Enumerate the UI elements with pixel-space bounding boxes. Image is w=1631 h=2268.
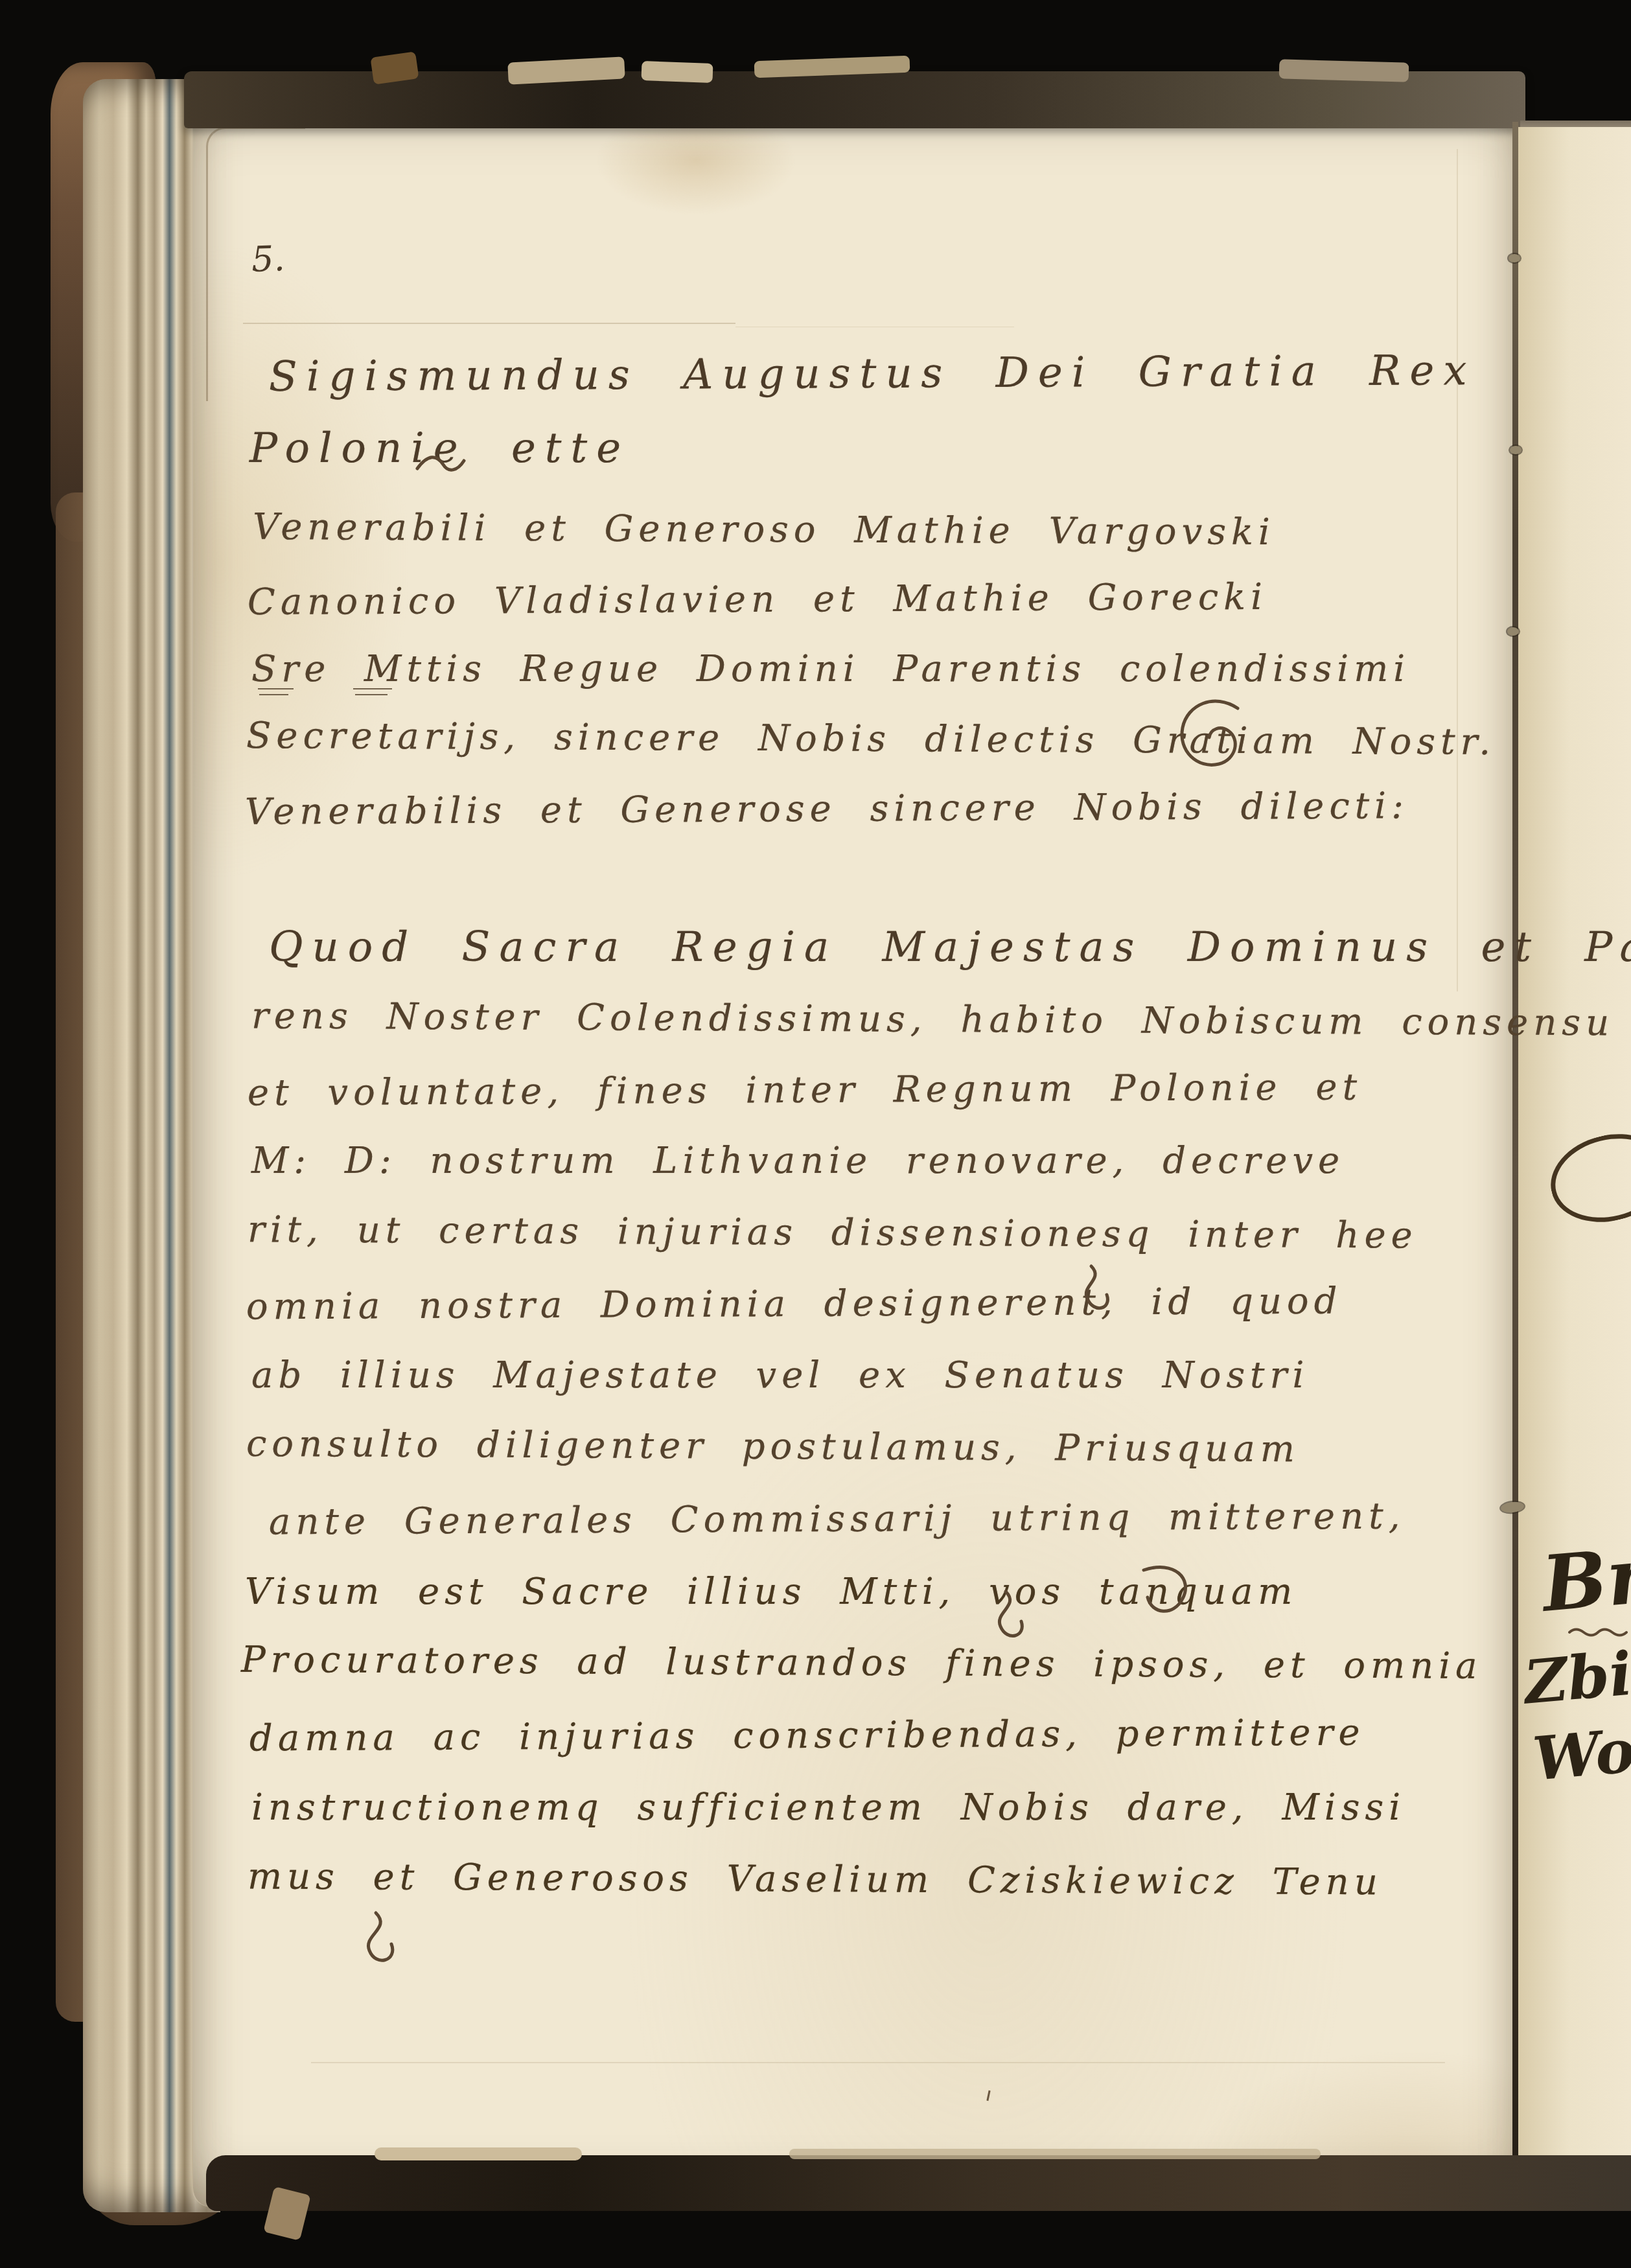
next-page-word-fragment: Br [1538,1530,1631,1629]
page-number: 5. [251,238,286,280]
manuscript-text-block: Sigismundus Augustus Dei Gratia Rex Polo… [0,0,1631,2268]
ink-flourish-wave [1568,1625,1628,1638]
manuscript-line: instructionemq sufficientem Nobis dare, … [251,1787,1405,1829]
ink-flourish-descender [350,1910,403,1975]
manuscript-line: Venerabili et Generoso Mathie Vargovski [253,506,1275,553]
manuscript-line: Venerabilis et Generose sincere Nobis di… [245,785,1409,833]
manuscript-line: Quod Sacra Regia Majestas Dominus et Pa- [269,923,1631,971]
manuscript-line: rit, ut certas injurias dissensionesq in… [248,1209,1418,1256]
manuscript-line: omnia nostra Dominia designerent, id quo… [246,1280,1343,1328]
manuscript-line: rens Noster Colendissimus, habito Nobisc… [251,995,1614,1044]
ink-flourish-spiral [1174,697,1249,778]
manuscript-line: Sigismundus Augustus Dei Gratia Rex [269,347,1476,401]
ink-flourish-descender [982,1589,1029,1651]
manuscript-line: et voluntate, fines inter Regnum Polonie… [248,1066,1362,1114]
next-page-word-fragment: Wo [1531,1715,1631,1794]
manuscript-line: M: D: nostrum Lithvanie renovare, decrev… [251,1140,1345,1182]
manuscript-line: Procuratores ad lustrandos fines ipsos, … [241,1639,1483,1687]
manuscript-line: damna ac injurias conscribendas, permitt… [249,1711,1365,1759]
manuscript-line: Canonico Vladislavien et Mathie Gorecki [248,576,1267,623]
manuscript-line: ab illius Majestate vel ex Senatus Nostr… [251,1354,1309,1396]
ink-flourish-hook [1137,1558,1197,1631]
manuscript-line: mus et Generosos Vaselium Cziskiewicz Te… [248,1855,1383,1903]
manuscript-line: Sre Mttis Regue Domini Parentis colendis… [251,648,1410,690]
manuscript-line: ante Generales Commissarij utrinq mitter… [269,1495,1405,1543]
next-page-word-fragment: Zbil [1521,1636,1631,1717]
manuscript-line: Secretarijs, sincere Nobis dilectis Grat… [246,715,1496,763]
manuscript-line: consulto diligenter postulamus, Priusqua… [246,1423,1300,1471]
ink-flourish-descender [1068,1264,1115,1323]
ink-flourish-tail [415,449,467,479]
scanned-book-photo: Sigismundus Augustus Dei Gratia Rex Polo… [0,0,1631,2268]
